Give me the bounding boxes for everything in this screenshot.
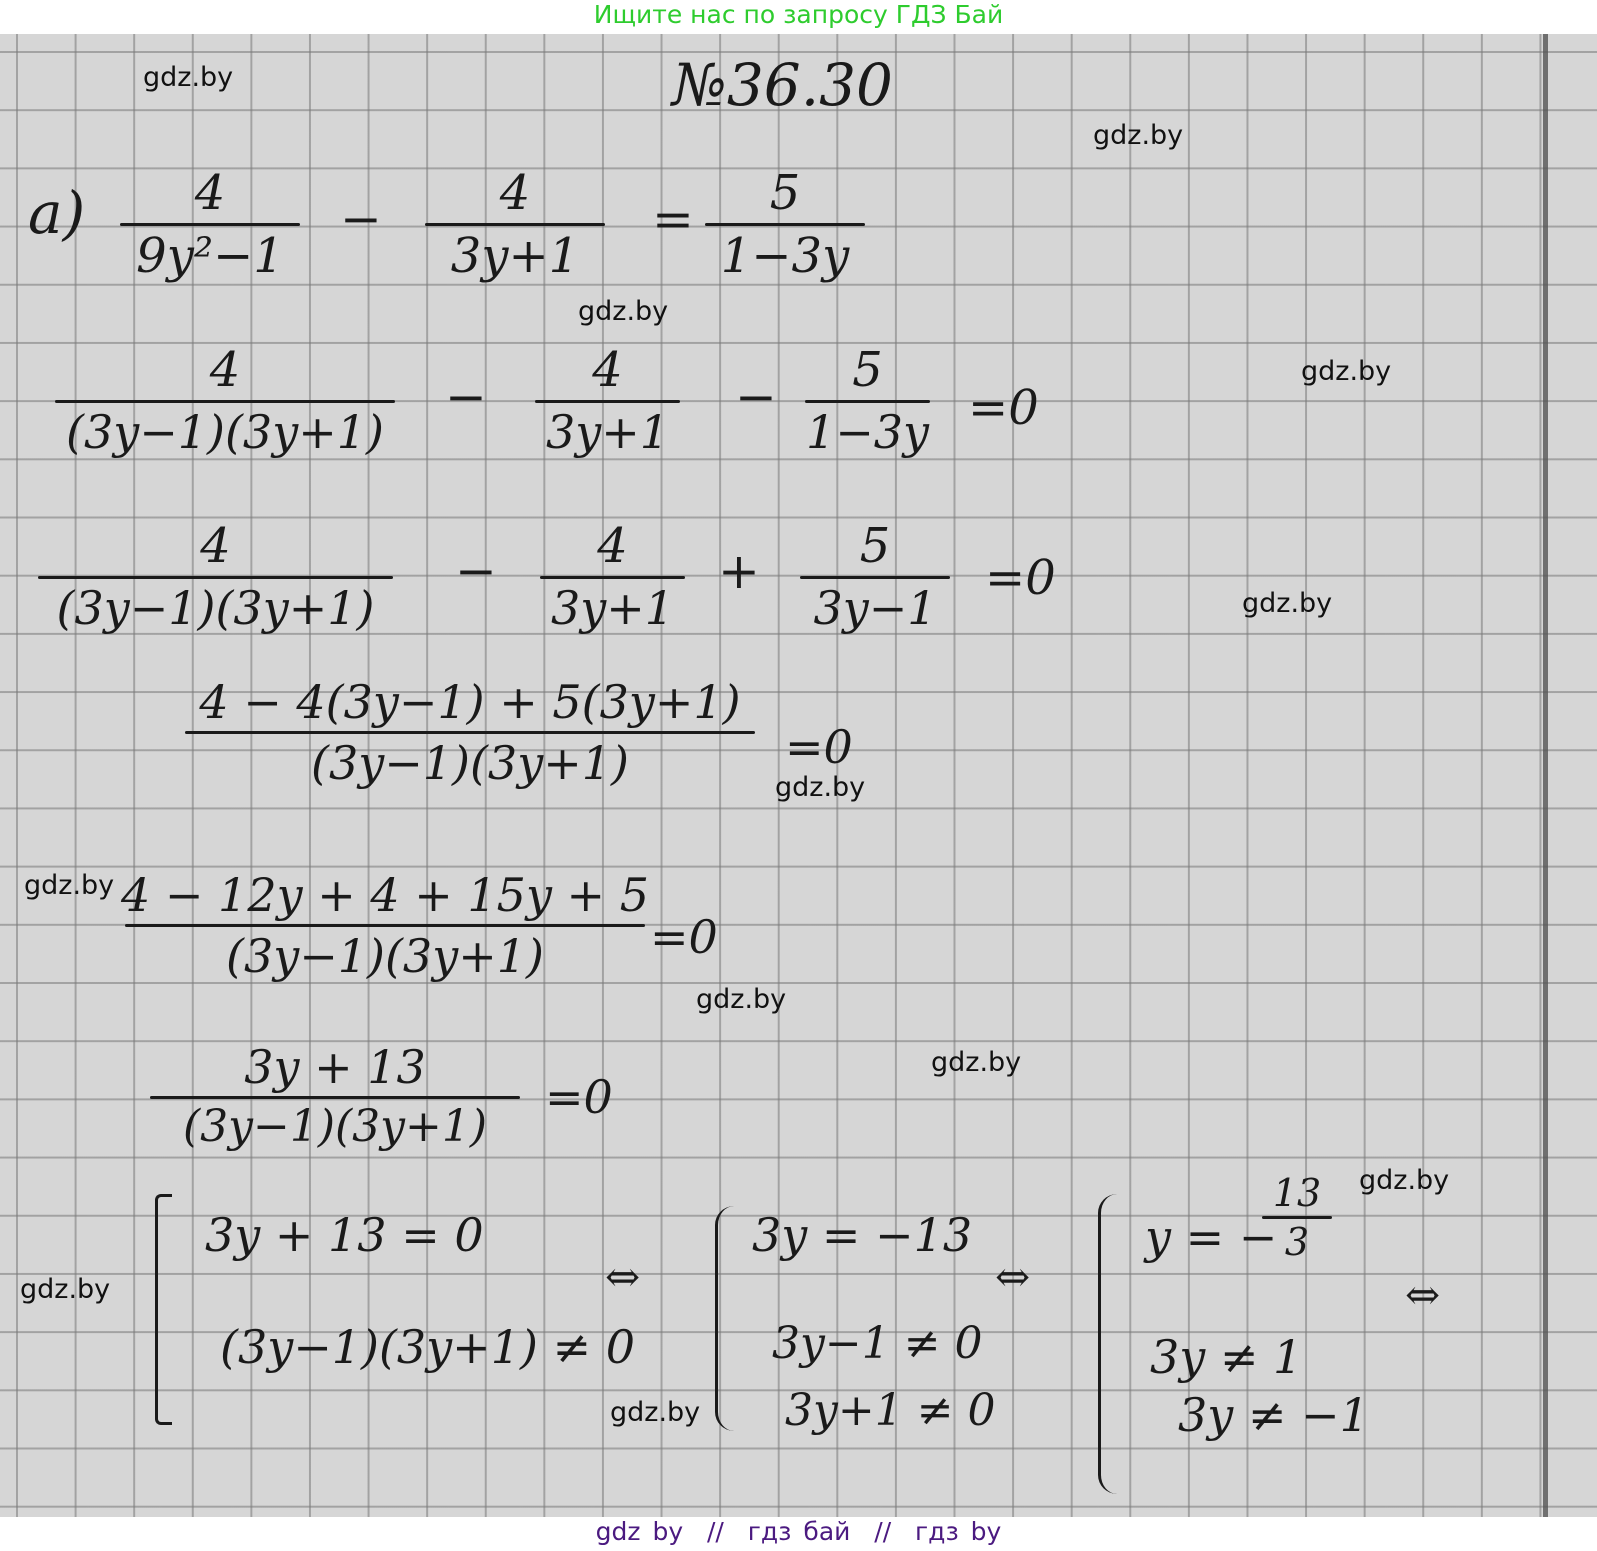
fraction: 4 − 4(3y−1) + 5(3y+1) (3y−1)(3y+1) [185,679,755,786]
watermark: gdz.by [143,64,233,91]
watermark: gdz.by [578,298,668,325]
system-row: 3y ≠ 1 [1150,1334,1302,1380]
fraction: 5 3y−1 [800,522,950,631]
watermark: gdz.by [20,1276,110,1303]
fraction: 4 − 12y + 4 + 15y + 5 (3y−1)(3y+1) [125,872,645,979]
equivalence-symbol: ⇔ [1405,1274,1440,1316]
operator: − [735,372,777,422]
watermark: gdz.by [24,872,114,899]
fraction: 4 9y²−1 [120,169,300,280]
operator: =0 [785,724,853,770]
system-brace [155,1194,172,1425]
bottom-banner: gdz by // гдз бай // гдз by [0,1517,1597,1551]
fraction: 4 (3y−1)(3y+1) [55,346,395,455]
system-row: 3y = −13 [752,1212,972,1258]
watermark: gdz.by [1301,358,1391,385]
watermark: gdz.by [1359,1167,1449,1194]
watermark: gdz.by [1093,122,1183,149]
system-row: y = − [1145,1214,1277,1260]
notebook-page: gdz.by gdz.by gdz.by gdz.by gdz.by gdz.b… [0,34,1597,1517]
fraction: 4 3y+1 [535,346,680,455]
operator: − [455,546,497,596]
operator: =0 [545,1074,613,1120]
equivalence-symbol: ⇔ [605,1256,640,1298]
watermark: gdz.by [610,1399,700,1426]
problem-number: №36.30 [672,56,893,114]
fraction: 4 (3y−1)(3y+1) [38,522,393,631]
system-brace [715,1206,734,1431]
system-row: 3y+1 ≠ 0 [785,1389,996,1433]
fraction: 13 3 [1262,1174,1332,1261]
operator: − [445,372,487,422]
part-label: а) [28,184,85,242]
operator: + [718,546,760,596]
system-row: (3y−1)(3y+1) ≠ 0 [220,1324,635,1370]
watermark: gdz.by [931,1049,1021,1076]
equivalence-symbol: ⇔ [995,1256,1030,1298]
fraction: 3y + 13 (3y−1)(3y+1) [150,1044,520,1149]
operator: − [340,194,382,244]
system-brace [1098,1194,1117,1494]
watermark: gdz.by [696,986,786,1013]
margin-line [1543,34,1548,1517]
fraction: 4 3y+1 [540,522,685,631]
operator: = [652,194,694,244]
operator: =0 [968,384,1039,432]
watermark: gdz.by [775,774,865,801]
system-row: 3y ≠ −1 [1178,1392,1369,1438]
operator: =0 [985,554,1056,602]
watermark: gdz.by [1242,590,1332,617]
system-row: 3y + 13 = 0 [205,1212,484,1258]
fraction: 5 1−3y [805,346,930,455]
top-banner: Ищите нас по запросу ГДЗ Бай [0,0,1597,34]
fraction: 4 3y+1 [425,169,605,280]
operator: =0 [650,914,718,960]
fraction: 5 1−3y [705,169,865,280]
system-row: 3y−1 ≠ 0 [772,1322,983,1366]
